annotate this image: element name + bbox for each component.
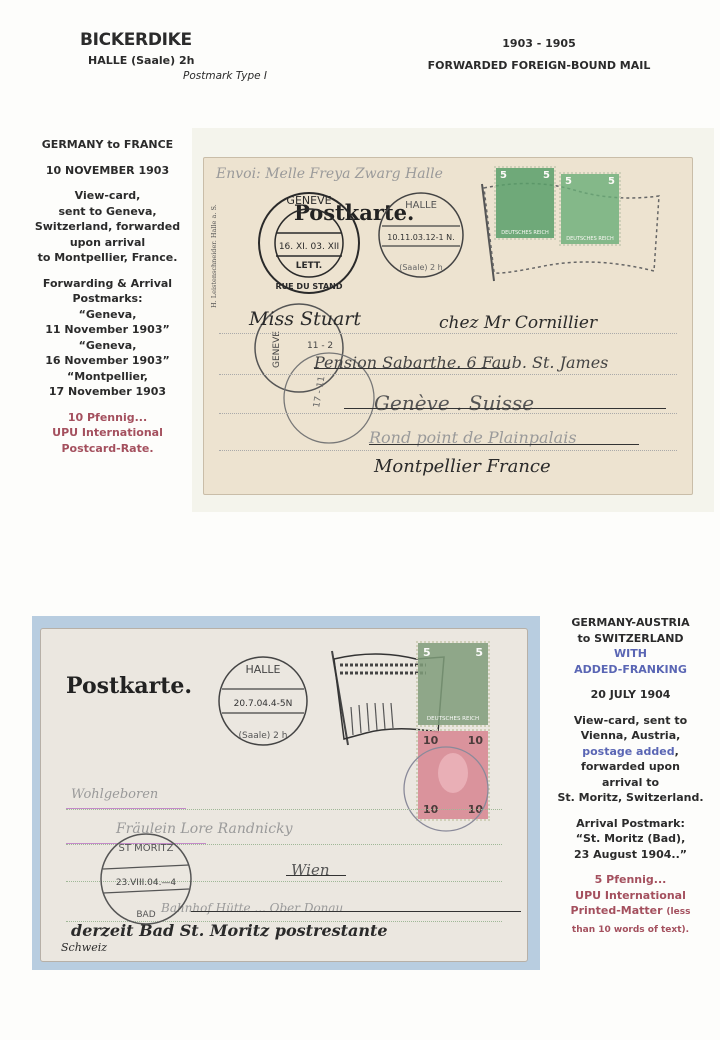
- stamp-germania-5-b: 5 5 DEUTSCHES REICH: [559, 172, 621, 246]
- svg-text:16. XI. 03. XII: 16. XI. 03. XII: [279, 242, 339, 252]
- svg-text:ST MORITZ: ST MORITZ: [119, 843, 174, 854]
- svg-text:23.VIII.04.—4: 23.VIII.04.—4: [116, 878, 177, 888]
- address-line-1: Wohlgeboren: [71, 787, 158, 802]
- svg-text:GENEVE: GENEVE: [272, 331, 282, 368]
- geneve-postmark: GENEVE 16. XI. 03. XII LETT. RUE DU STAN…: [254, 188, 364, 298]
- svg-text:RUE DU STAND: RUE DU STAND: [276, 282, 343, 291]
- address-line-1: Miss Stuart: [249, 308, 361, 330]
- item1-route: GERMANY to FRANCE: [30, 137, 185, 153]
- svg-text:HALLE: HALLE: [245, 663, 280, 676]
- halle-postmark-2: HALLE 20.7.04.4-5N (Saale) 2 h: [216, 649, 311, 754]
- svg-text:LETT.: LETT.: [296, 261, 322, 271]
- address-line-4: Genève . Suisse: [374, 391, 534, 415]
- publisher-imprint: H. Leistenschneider. Halle a. S.: [210, 204, 218, 308]
- address-line-3: Pension Sabarthe. 6 Faub. St. James: [314, 353, 608, 372]
- svg-text:10.11.03.12-1 N.: 10.11.03.12-1 N.: [387, 233, 454, 242]
- sender-note: Envoi: Melle Freya Zwarg Halle: [216, 166, 443, 182]
- svg-text:17 - 11: 17 - 11: [312, 375, 327, 408]
- exhibit-years: 1903 - 1905: [0, 37, 720, 50]
- address-line-6: Montpellier France: [374, 456, 551, 477]
- stamp-germania-5: 5 5 DEUTSCHES REICH: [416, 641, 490, 727]
- address-line-2: chez Mr Cornillier: [439, 313, 597, 333]
- address-line-3: Wien: [291, 861, 330, 879]
- svg-text:20.7.04.4-5N: 20.7.04.4-5N: [234, 699, 293, 709]
- exhibit-theme: FORWARDED FOREIGN-BOUND MAIL: [0, 59, 720, 72]
- item1-desc: View-card, sent to Geneva, Switzerland, …: [30, 188, 185, 266]
- item1-description: GERMANY to FRANCE 10 NOVEMBER 1903 View-…: [30, 137, 185, 466]
- svg-text:BAD: BAD: [136, 910, 155, 920]
- item1-postcard: Envoi: Melle Freya Zwarg Halle Postkarte…: [203, 157, 693, 495]
- halle-postmark: HALLE 10.11.03.12-1 N. (Saale) 2 h: [374, 188, 469, 283]
- item2-arrival: Arrival Postmark: “St. Moritz (Bad), 23 …: [548, 816, 713, 863]
- item2-description: GERMANY-AUSTRIA to SWITZERLAND WITH ADDE…: [548, 615, 713, 948]
- svg-text:GENEVE: GENEVE: [286, 194, 331, 207]
- item1-rate: 10 Pfennig... UPU International Postcard…: [30, 410, 185, 457]
- item2-desc: View-card, sent to Vienna, Austria, post…: [548, 713, 713, 806]
- svg-text:(Saale) 2 h: (Saale) 2 h: [239, 731, 288, 741]
- st-moritz-postmark: ST MORITZ 23.VIII.04.—4 BAD: [96, 829, 196, 929]
- svg-text:HALLE: HALLE: [405, 200, 437, 211]
- item2-route: GERMANY-AUSTRIA to SWITZERLAND WITH ADDE…: [548, 615, 713, 677]
- austrian-cancel: [386, 739, 496, 839]
- svg-text:(Saale) 2 h: (Saale) 2 h: [399, 263, 443, 272]
- item1-postmarks: Forwarding & Arrival Postmarks: “Geneva,…: [30, 276, 185, 400]
- item2-rate: 5 Pfennig... UPU International Printed-M…: [548, 872, 713, 938]
- stamp-germania-5-a: 5 5 DEUTSCHES REICH: [494, 166, 556, 240]
- address-line-6: Schweiz: [61, 941, 107, 954]
- item2-postcard: Postkarte. HALLE 20.7.04.4-5N (Saale) 2 …: [40, 628, 528, 962]
- postkarte-heading-2: Postkarte.: [66, 673, 192, 699]
- item1-date: 10 NOVEMBER 1903: [30, 163, 185, 179]
- svg-text:11 - 2: 11 - 2: [307, 341, 333, 351]
- item2-date: 20 JULY 1904: [548, 687, 713, 703]
